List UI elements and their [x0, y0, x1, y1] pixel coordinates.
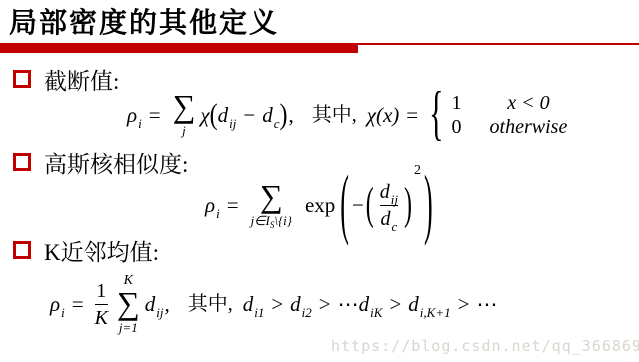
left-paren: (	[210, 100, 218, 130]
equals-sign: =	[406, 105, 418, 126]
d-ij-term: dij	[145, 294, 164, 315]
where-text: 其中,	[312, 105, 357, 125]
equals-sign: =	[149, 105, 161, 126]
sum-symbol: ∑ j∈IS\{i}	[251, 183, 292, 226]
fraction-numerator: dij	[380, 182, 398, 202]
comma: ,	[288, 105, 293, 126]
formula-knn: ρi = 1 K K ∑ j=1 dij , 其中, di1 > di2 > ⋯…	[50, 268, 497, 340]
fraction-bar	[95, 304, 108, 305]
rho-symbol: ρi	[50, 294, 65, 315]
case2-value: 0	[452, 117, 462, 137]
section-label-knn: K近邻均值:	[44, 234, 159, 267]
section-label-cutoff: 截断值:	[44, 63, 119, 96]
rho-symbol: ρi	[205, 195, 220, 216]
bullet-square-icon	[13, 70, 31, 88]
d-i2-term: di2	[290, 294, 312, 315]
d-c-term: dc	[262, 105, 279, 126]
formula-gaussian: ρi = ∑ j∈IS\{i} exp ( − ( dij dc ) 2 )	[205, 160, 436, 250]
fraction-denominator: dc	[381, 209, 398, 229]
watermark-text: https://blog.csdn.net/qq_36686996	[331, 337, 639, 355]
slide: 局部密度的其他定义 截断值: ρi = ∑ j χ ( dij − dc ) ,…	[0, 0, 639, 362]
d-iK-term: diK	[359, 294, 383, 315]
big-right-paren: )	[424, 166, 433, 244]
chi-symbol: χ	[367, 105, 376, 126]
equals-sign: =	[72, 294, 84, 315]
greater-than: >	[458, 294, 470, 315]
minus-sign: −	[352, 195, 364, 216]
squared-exponent: 2	[414, 164, 421, 178]
sum-symbol: K ∑ j=1	[117, 274, 140, 333]
right-paren: )	[279, 100, 287, 130]
section-label-gaussian: 高斯核相似度:	[44, 146, 188, 179]
greater-than: >	[271, 294, 283, 315]
cdots: ⋯	[338, 294, 359, 315]
case1-value: 1	[452, 93, 462, 113]
fraction-denominator: K	[95, 308, 108, 328]
d-ij-term: dij	[218, 105, 237, 126]
case1-condition: x < 0	[507, 93, 549, 113]
inner-left-paren: (	[366, 182, 374, 228]
where-text: 其中,	[188, 294, 233, 314]
sum-index-set: j∈IS\{i}	[251, 214, 292, 227]
equals-sign: =	[227, 195, 239, 216]
comma: ,	[164, 294, 169, 315]
bullet-square-icon	[13, 153, 31, 171]
page-title: 局部密度的其他定义	[9, 1, 279, 41]
big-left-paren: (	[340, 166, 349, 244]
bullet-square-icon	[13, 241, 31, 259]
d-i1-term: di1	[243, 294, 265, 315]
rho-symbol: ρi	[127, 105, 142, 126]
chi-argument: (x)	[376, 105, 399, 126]
cases-table: 1 x < 0 0 otherwise	[452, 93, 568, 137]
exp-function: exp	[305, 195, 335, 216]
sum-lower-limit: j=1	[119, 321, 138, 334]
chi-symbol: χ	[200, 105, 209, 126]
fraction-numerator: 1	[96, 281, 106, 301]
cdots: ⋯	[476, 294, 497, 315]
greater-than: >	[319, 294, 331, 315]
cases-brace: {	[429, 85, 443, 145]
greater-than: >	[389, 294, 401, 315]
distance-fraction: dij dc	[380, 182, 398, 229]
case2-condition: otherwise	[490, 117, 568, 137]
d-iK1-term: di,K+1	[408, 294, 450, 315]
title-underline-thick	[0, 43, 358, 53]
sum-symbol: ∑ j	[173, 93, 196, 136]
one-over-k-fraction: 1 K	[95, 281, 108, 328]
inner-right-paren: )	[404, 182, 412, 228]
formula-cutoff: ρi = ∑ j χ ( dij − dc ) , 其中, χ (x) = { …	[127, 84, 567, 146]
minus-sign: −	[243, 105, 255, 126]
